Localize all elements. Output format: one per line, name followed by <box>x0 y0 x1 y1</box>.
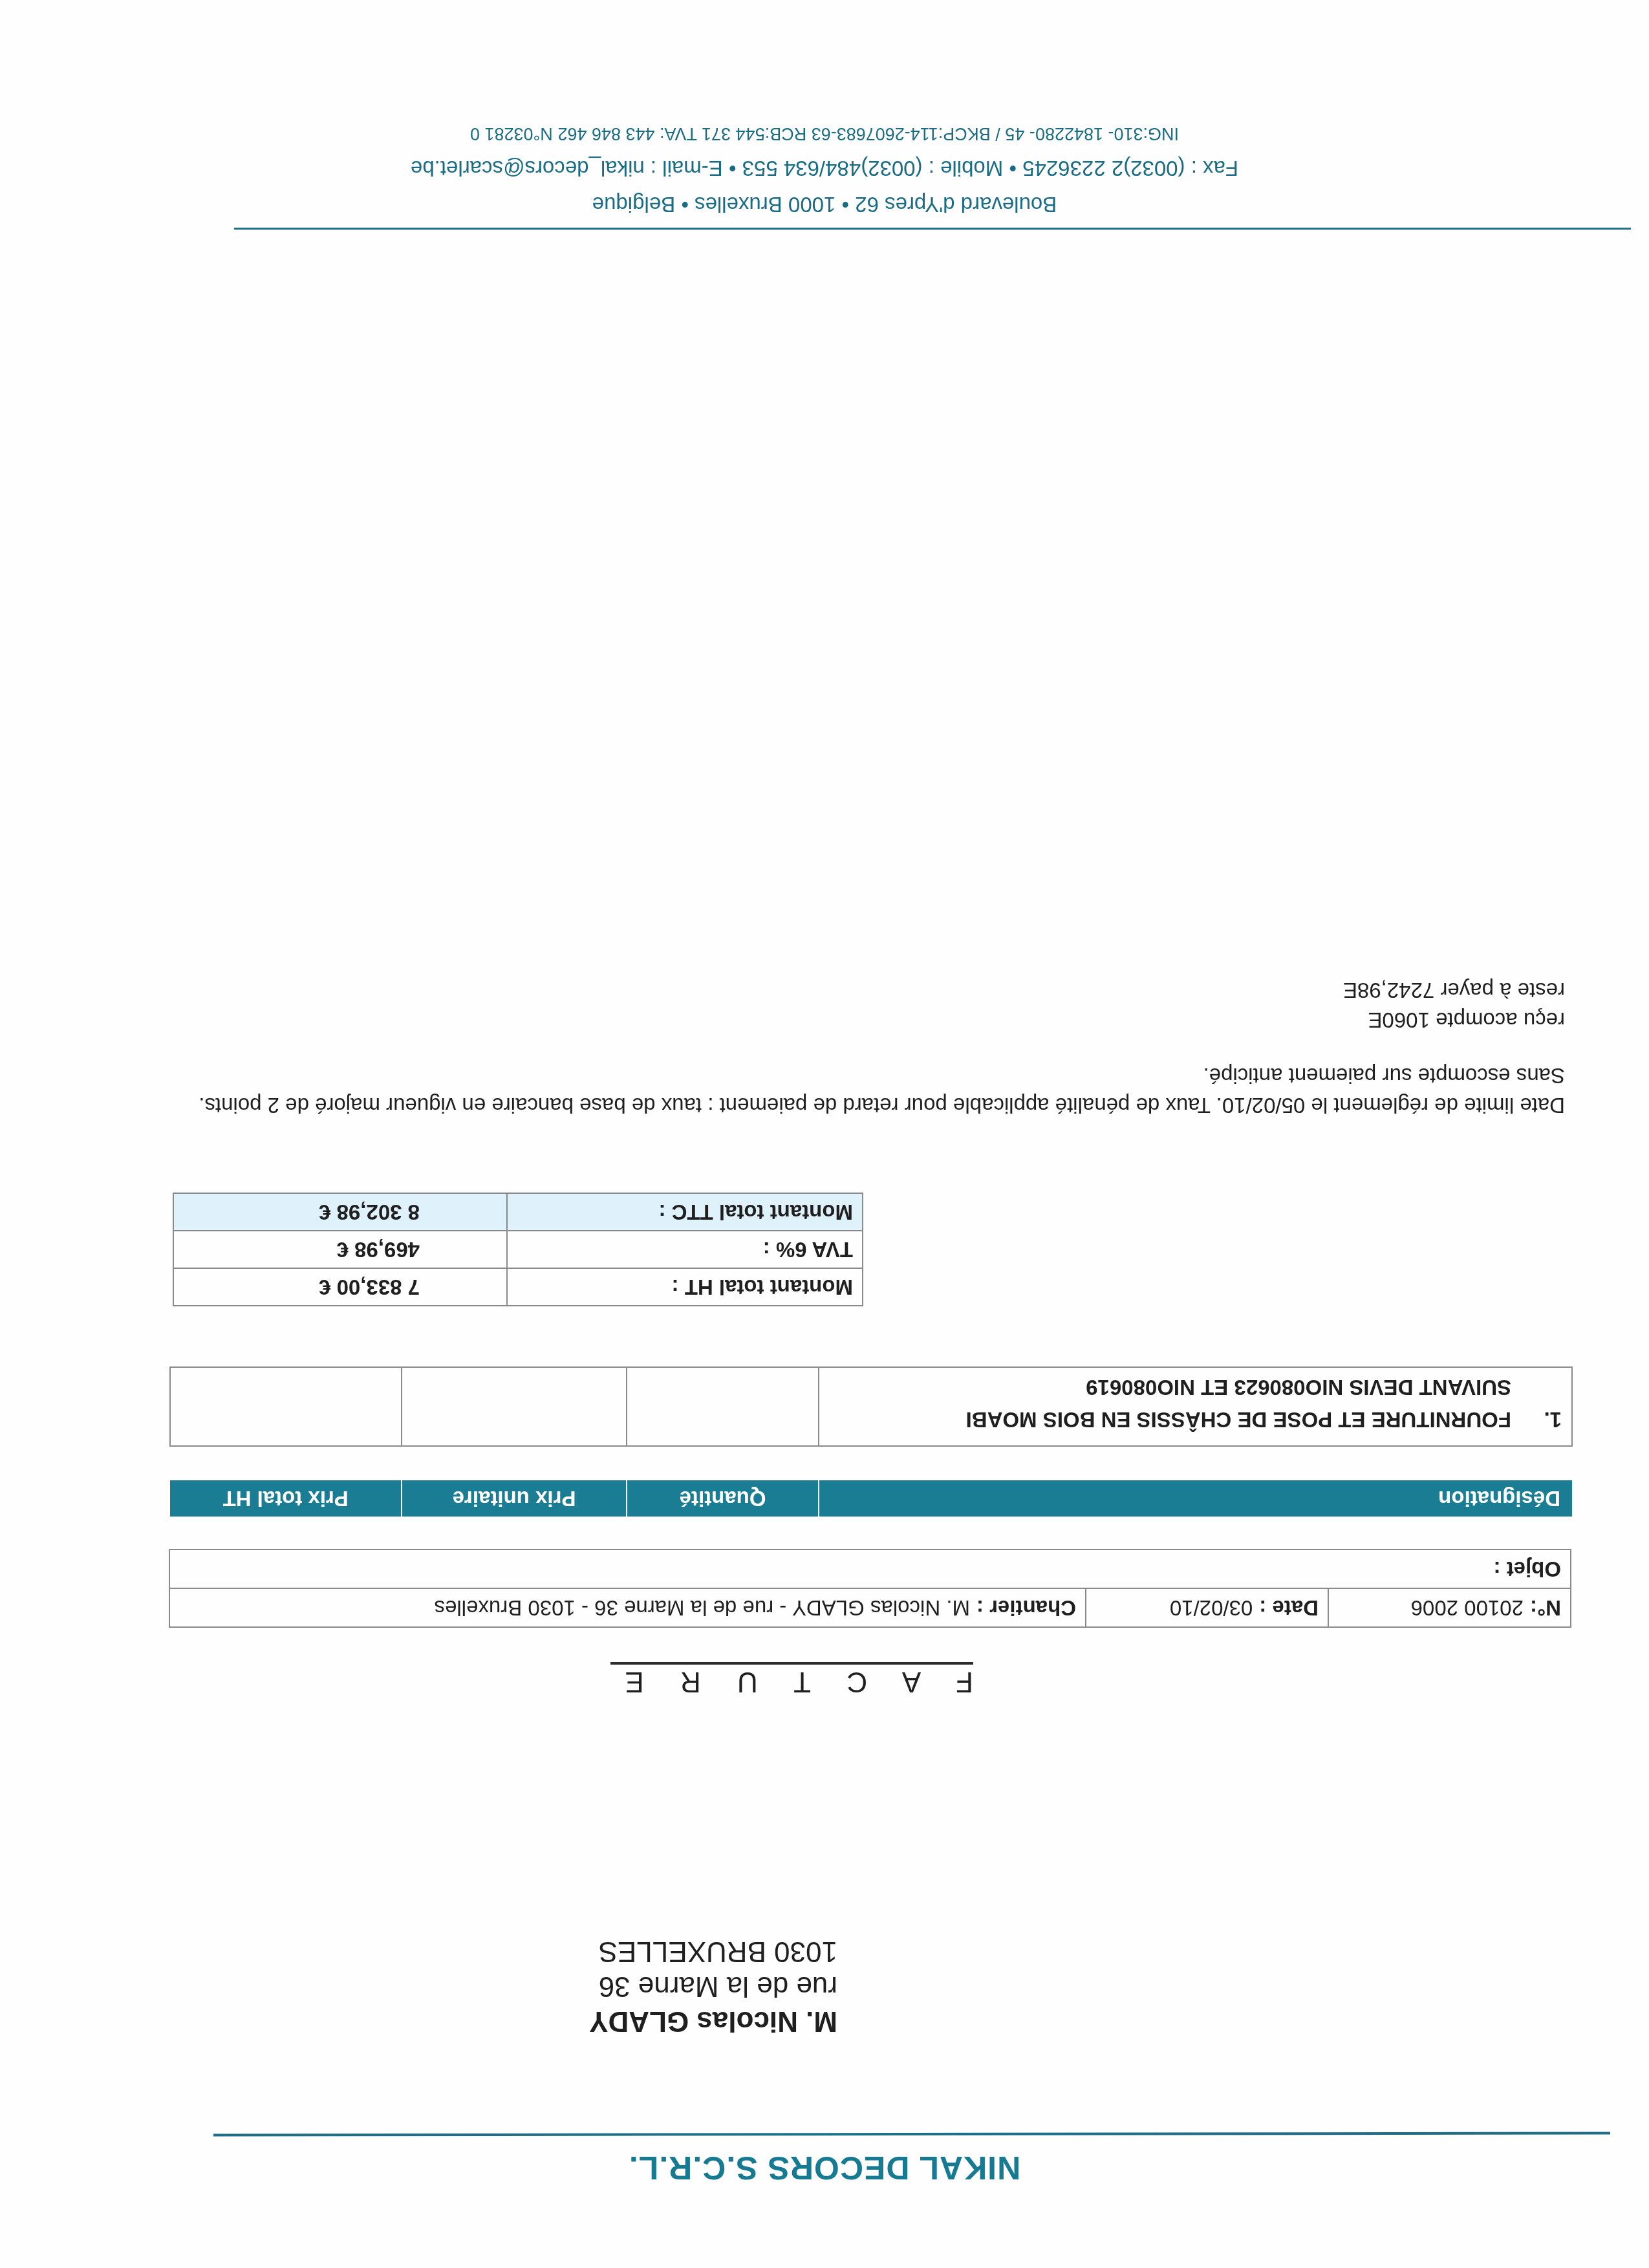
header-rule <box>213 2132 1610 2136</box>
totals-table: Montant total HT : 7 833,00 € TVA 6% : 4… <box>173 1193 863 1306</box>
invoice-page: NIKAL DECORS S.C.R.L. M. Nicolas GLADY r… <box>0 0 1649 2268</box>
balance-due: reste à payer 7242,98E <box>1343 975 1565 1005</box>
total-ttc-value: 8 302,98 € <box>174 1200 420 1224</box>
info-row-objet: Objet : <box>170 1550 1570 1588</box>
invoice-date-label: Date : <box>1259 1595 1319 1620</box>
invoice-number-label: N°: <box>1530 1595 1561 1620</box>
items-table: Désignation Quantité Prix unitaire Prix … <box>169 1366 1573 1517</box>
objet-cell: Objet : <box>1478 1550 1571 1588</box>
recipient-city: 1030 BRUXELLES <box>589 1934 837 1969</box>
tva-row: TVA 6% : 469,98 € <box>173 1231 863 1268</box>
total-ht-value: 7 833,00 € <box>174 1275 420 1299</box>
recipient-name: M. Nicolas GLADY <box>589 2003 837 2038</box>
item-designation-line2: SUIVANT DEVIS NIO080623 ET NIO080619 <box>966 1371 1511 1403</box>
column-header-unit-price: Prix unitaire <box>402 1480 626 1517</box>
payment-notes: reçu acompte 1060E reste à payer 7242,98… <box>1343 975 1565 1035</box>
total-ttc-row: Montant total TTC : 8 302,98 € <box>173 1193 863 1231</box>
payment-terms: Date limite de réglement le 05/02/10. Ta… <box>162 1061 1565 1120</box>
recipient-street: rue de la Marne 36 <box>589 1969 837 2003</box>
table-row: 1. FOURNITURE ET POSE DE CHÂSSIS EN BOIS… <box>170 1367 1572 1446</box>
footer-bank-details: ING:310- 1842280- 45 / BKCP:114-2607683-… <box>0 124 1649 144</box>
info-row-main: N°: 20100 2006 Date : 03/02/10 Chantier … <box>170 1588 1570 1626</box>
footer-contact: Fax : (0032)2 2236245 • Mobile : (0032)4… <box>0 156 1649 180</box>
recipient-address: M. Nicolas GLADY rue de la Marne 36 1030… <box>589 1934 837 2038</box>
footer-rule <box>234 228 1631 230</box>
objet-label: Objet : <box>1494 1557 1562 1581</box>
chantier-value: M. Nicolas GLADY - rue de la Marne 36 - … <box>435 1595 970 1620</box>
invoice-info-grid: N°: 20100 2006 Date : 03/02/10 Chantier … <box>169 1549 1571 1628</box>
total-ttc-label: Montant total TTC : <box>507 1193 863 1231</box>
invoice-date-cell: Date : 03/02/10 <box>1085 1589 1328 1626</box>
column-header-designation: Désignation <box>819 1480 1572 1517</box>
invoice-date-value: 03/02/10 <box>1170 1595 1253 1620</box>
chantier-cell: Chantier : M. Nicolas GLADY - rue de la … <box>170 1589 1085 1626</box>
footer-address: Boulevard d'Ypres 62 • 1000 Bruxelles • … <box>0 192 1649 217</box>
invoice-number-value: 20100 2006 <box>1411 1595 1524 1620</box>
tva-label: TVA 6% : <box>507 1231 863 1268</box>
invoice-number-cell: N°: 20100 2006 <box>1328 1589 1570 1626</box>
item-designation-cell: 1. FOURNITURE ET POSE DE CHÂSSIS EN BOIS… <box>819 1367 1572 1446</box>
items-header-row: Désignation Quantité Prix unitaire Prix … <box>170 1480 1572 1517</box>
item-unit-price-cell <box>402 1367 626 1446</box>
item-number: 1. <box>1511 1371 1562 1436</box>
column-header-total-ht: Prix total HT <box>170 1480 402 1517</box>
item-designation-line1: FOURNITURE ET POSE DE CHÂSSIS EN BOIS MO… <box>966 1403 1511 1436</box>
deposit-received: reçu acompte 1060E <box>1343 1005 1565 1035</box>
chantier-label: Chantier : <box>976 1595 1076 1620</box>
column-header-quantity: Quantité <box>627 1480 819 1517</box>
item-quantity-cell <box>627 1367 819 1446</box>
item-total-ht-cell <box>170 1367 402 1446</box>
document-title: F A C T U R E <box>610 1662 973 1696</box>
company-name: NIKAL DECORS S.C.R.L. <box>0 2149 1649 2187</box>
total-ht-label: Montant total HT : <box>507 1268 863 1306</box>
total-ht-row: Montant total HT : 7 833,00 € <box>173 1268 863 1306</box>
tva-value: 469,98 € <box>174 1237 420 1262</box>
